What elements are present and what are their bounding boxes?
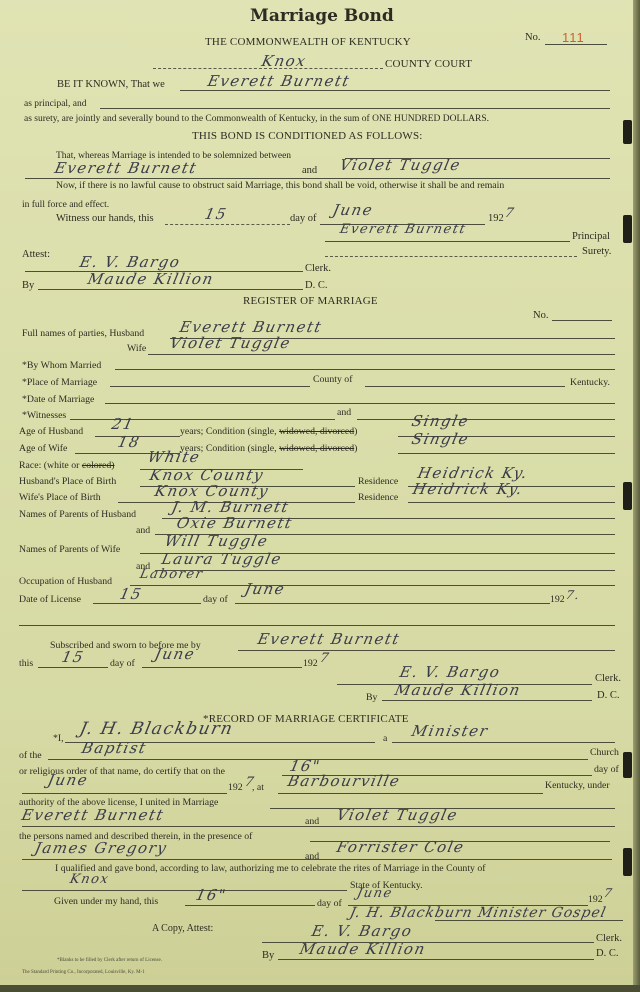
certificate-bride: Violet Tuggle [335, 806, 460, 824]
wife-residence: Heidrick Ky. [411, 480, 525, 498]
husband-mother: Oxie Burnett [175, 514, 294, 532]
principal-signature: Everett Burnett [338, 222, 467, 237]
parents-husband-label: Names of Parents of Husband [19, 509, 136, 521]
witnesses-label: *Witnesses [22, 410, 66, 422]
principal-sign-line [325, 241, 570, 242]
register-deputy-line [382, 700, 592, 701]
sworn-line [238, 650, 615, 651]
county-value: Knox [260, 52, 308, 70]
register-number-line [552, 320, 612, 321]
printer-credit: The Standard Printing Co., Incorporated,… [22, 970, 145, 975]
register-deputy-signature: Maude Killion [393, 681, 523, 699]
sworn-month: June [153, 645, 197, 663]
document-title: Marriage Bond [250, 6, 394, 26]
occupation-line [130, 585, 615, 586]
county-of-line [365, 386, 565, 387]
age-wife-label: Age of Wife [19, 443, 67, 455]
certificate-dc-label: D. C. [596, 948, 618, 960]
place-label: *Place of Marriage [22, 377, 97, 389]
race-value: White [146, 448, 202, 466]
footnote: *Blanks to be filled by Clerk after retu… [57, 958, 162, 963]
as-principal-label: as principal, and [24, 98, 87, 110]
license-month-line [235, 603, 550, 604]
principal-line [180, 90, 610, 91]
register-number-label: No. [533, 310, 548, 322]
certificate-witnesses-and: and [305, 851, 319, 863]
parties-line [25, 178, 610, 179]
officiant-signature-line [435, 920, 623, 921]
certificate-a-label: a [383, 733, 387, 745]
wife-condition: Single [410, 430, 471, 448]
officiant-title: Minister [410, 722, 490, 740]
sworn-name: Everett Burnett [256, 630, 402, 648]
county-of-label: County of [313, 374, 352, 386]
commonwealth-heading: THE COMMONWEALTH OF KENTUCKY [205, 36, 411, 48]
license-month: June [243, 580, 287, 598]
sworn-month-line [142, 667, 302, 668]
wife-father: Will Tuggle [163, 532, 270, 550]
surety-name-line [100, 108, 610, 109]
register-clerk-signature: E. V. Bargo [398, 663, 502, 681]
wife-name-line [148, 354, 615, 355]
full-force-text: in full force and effect. [22, 199, 109, 211]
register-by-label: By [366, 692, 377, 704]
age-husband-label: Age of Husband [19, 426, 83, 438]
deputy-line [38, 289, 303, 290]
certificate-deputy-signature: Maude Killion [298, 940, 428, 958]
officiant-title-line [392, 742, 615, 743]
binder-tab [623, 752, 632, 778]
register-dc-label: D. C. [597, 690, 619, 702]
bond-and-label: and [302, 165, 317, 177]
date-of-marriage-line [105, 403, 615, 404]
surety-text: as surety, are jointly and severally bou… [24, 113, 489, 125]
register-heading: REGISTER OF MARRIAGE [243, 295, 378, 307]
race-label: Race: (white or colored) [19, 460, 114, 472]
binder-tab [623, 848, 632, 876]
sworn-this-label: this [19, 658, 33, 670]
kentucky-label: Kentucky. [570, 377, 610, 389]
by-whom-line [115, 369, 615, 370]
kentucky-under-label: Kentucky, under [545, 780, 610, 792]
wife-mother: Laura Tuggle [160, 550, 284, 568]
church-name: Baptist [80, 739, 148, 757]
certificate-year-prefix: 192 [228, 782, 243, 794]
qualified-text: I qualified and gave bond, according to … [55, 863, 486, 875]
attest-label: Attest: [22, 249, 50, 261]
certificate-clerk-label: Clerk. [596, 933, 622, 945]
given-day-of-label: day of [317, 898, 342, 910]
husband-residence-label: Residence [358, 476, 398, 488]
given-year-suffix: 7 [603, 886, 615, 900]
certificate-couple-and: and [305, 816, 319, 828]
separator-line [19, 625, 615, 626]
sworn-day-of-label: day of [110, 658, 135, 670]
wife-birth-label: Wife's Place of Birth [19, 492, 101, 504]
bond-by-label: By [22, 280, 34, 292]
wife-condition-line [398, 453, 615, 454]
binder-tab [623, 215, 632, 243]
husband-birth-label: Husband's Place of Birth [19, 476, 116, 488]
copy-attest-label: A Copy, Attest: [152, 923, 213, 935]
witness-year-suffix: 7 [503, 206, 516, 221]
by-whom-label: *By Whom Married [22, 360, 101, 372]
certificate-day-of-label: day of [594, 764, 619, 776]
binder-tab [623, 482, 632, 510]
certificate-county-line [22, 890, 347, 891]
husband-full-name-label: Full names of parties, Husband [22, 328, 144, 340]
be-it-known-label: BE IT KNOWN, That we [57, 79, 165, 91]
certificate-witness1: James Gregory [33, 839, 169, 857]
sworn-day-line [38, 667, 108, 668]
binder-tab [623, 120, 632, 144]
certificate-month: June [46, 771, 90, 789]
surety-sign-line [325, 256, 577, 257]
bond-deputy-signature: Maude Killion [86, 270, 216, 288]
age-wife: 18 [116, 433, 142, 451]
age-husband: 21 [110, 415, 136, 433]
license-label: Date of License [19, 594, 81, 606]
wife-residence-line [408, 502, 615, 503]
certificate-deputy-line [278, 959, 594, 960]
witness-year-prefix: 192 [488, 213, 504, 225]
bond-clerk-signature: E. V. Bargo [78, 253, 182, 271]
husband-condition: Single [410, 412, 471, 430]
occupation-label: Occupation of Husband [19, 576, 112, 588]
husband-parents-and-label: and [136, 525, 150, 537]
bond-party1: Everett Burnett [53, 159, 199, 177]
witness-day-of-label: day of [290, 213, 317, 225]
officiant-signature: J. H. Blackburn Minister Gospel [348, 905, 608, 921]
marriage-bond-document: Marriage Bond THE COMMONWEALTH OF KENTUC… [0, 0, 633, 985]
given-day-line [185, 905, 315, 906]
occupation: Laborer [138, 567, 204, 582]
principal-name: Everett Burnett [206, 72, 352, 90]
certificate-groom: Everett Burnett [20, 806, 166, 824]
wife-residence-label: Residence [358, 492, 398, 504]
witness-month: June [331, 201, 375, 219]
witness1-line [70, 419, 335, 420]
officiant-name: J. H. Blackburn [78, 719, 235, 739]
wife-full-name-label: Wife [127, 343, 146, 355]
witness-day: 15 [203, 205, 229, 223]
county-court-label: COUNTY COURT [385, 58, 472, 70]
certificate-county: Knox [68, 872, 110, 887]
place-line [110, 386, 310, 387]
church-label: Church [590, 747, 619, 759]
license-day-line [93, 603, 201, 604]
given-month: June [355, 886, 394, 901]
license-day: 15 [118, 585, 144, 603]
license-day-of-label: day of [203, 594, 228, 606]
given-label: Given under my hand, this [54, 896, 158, 908]
sworn-year-prefix: 192 [303, 658, 318, 670]
bond-number-label: No. [525, 32, 540, 44]
certificate-clerk-signature: E. V. Bargo [310, 922, 414, 940]
conditioned-heading: THIS BOND IS CONDITIONED AS FOLLOWS: [192, 130, 423, 142]
witness-label: Witness our hands, this [56, 213, 154, 225]
bond-dc-label: D. C. [305, 280, 327, 292]
witnesses-and-label: and [337, 407, 351, 419]
of-the-label: of the [19, 750, 42, 762]
license-year-suffix: 7. [565, 588, 582, 602]
register-clerk-label: Clerk. [595, 673, 621, 685]
surety-label: Surety. [582, 246, 611, 258]
certificate-witness2: Forrister Cole [335, 838, 466, 856]
date-of-marriage-label: *Date of Marriage [22, 394, 94, 406]
page-edge-right [633, 0, 640, 992]
certificate-place-line [278, 793, 543, 794]
witness2-line [357, 419, 615, 420]
certificate-at-label: , at [252, 782, 264, 794]
certificate-month-line [22, 793, 227, 794]
given-day: 16" [194, 886, 228, 904]
page-edge-bottom [0, 985, 640, 992]
sworn-day: 15 [60, 648, 86, 666]
wife-years-condition: years; Condition (single, widowed, divor… [180, 443, 357, 455]
principal-label: Principal [572, 231, 610, 243]
register-wife-name: Violet Tuggle [168, 334, 293, 352]
parents-wife-label: Names of Parents of Wife [19, 544, 120, 556]
bond-party2: Violet Tuggle [338, 156, 463, 174]
now-if-text: Now, if there is no lawful cause to obst… [56, 180, 504, 192]
certificate-by-label: By [262, 950, 274, 962]
certificate-i-label: *I, [53, 733, 64, 745]
witness-day-line [165, 224, 290, 225]
license-year-prefix: 192 [550, 594, 565, 606]
bond-number-value: 111 [562, 30, 585, 45]
wife-mother-line [155, 570, 615, 571]
certificate-place: Barbourville [286, 772, 402, 790]
husband-years-condition: years; Condition (single, widowed, divor… [180, 426, 357, 438]
bond-clerk-label: Clerk. [305, 263, 331, 275]
sworn-year-suffix: 7 [318, 651, 331, 666]
